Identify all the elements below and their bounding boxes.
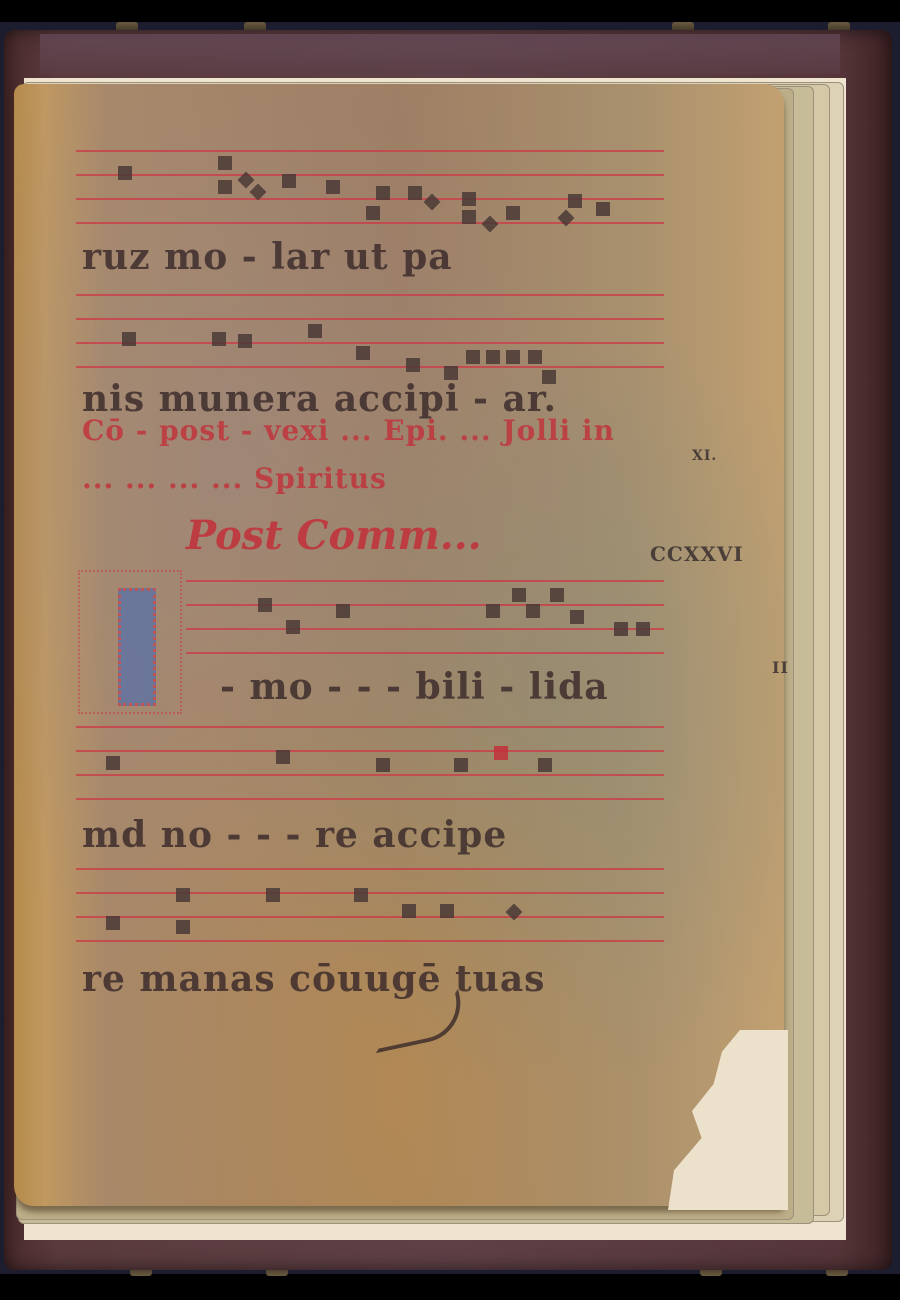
- staff-4: [76, 726, 664, 810]
- lyric-line-4: - mo - - - bili - lida: [220, 666, 609, 708]
- marginal-note-2: II: [772, 658, 789, 677]
- staff-3: [186, 580, 664, 664]
- rubric-heading: Post Comm...: [186, 512, 482, 559]
- lyric-line-5: md no - - - re accipe: [82, 814, 507, 856]
- lyric-line-6: re manas cōuugē tuas: [82, 958, 545, 1000]
- rubric-line-1: Cō - post - vexi ... Epi. ... Jolli in: [82, 414, 615, 447]
- folio-number: CCXXVI: [650, 542, 744, 566]
- staff-2: [76, 294, 664, 378]
- cover-sheen: [40, 34, 840, 74]
- rubric-line-2: ... ... ... ... Spiritus: [82, 462, 387, 495]
- lyric-line-1: ruz mo - lar ut pa: [82, 236, 453, 278]
- staff-1: [76, 150, 664, 234]
- illuminated-initial: [118, 588, 156, 706]
- staff-5: [76, 868, 664, 952]
- marginal-note-1: XI.: [692, 448, 717, 464]
